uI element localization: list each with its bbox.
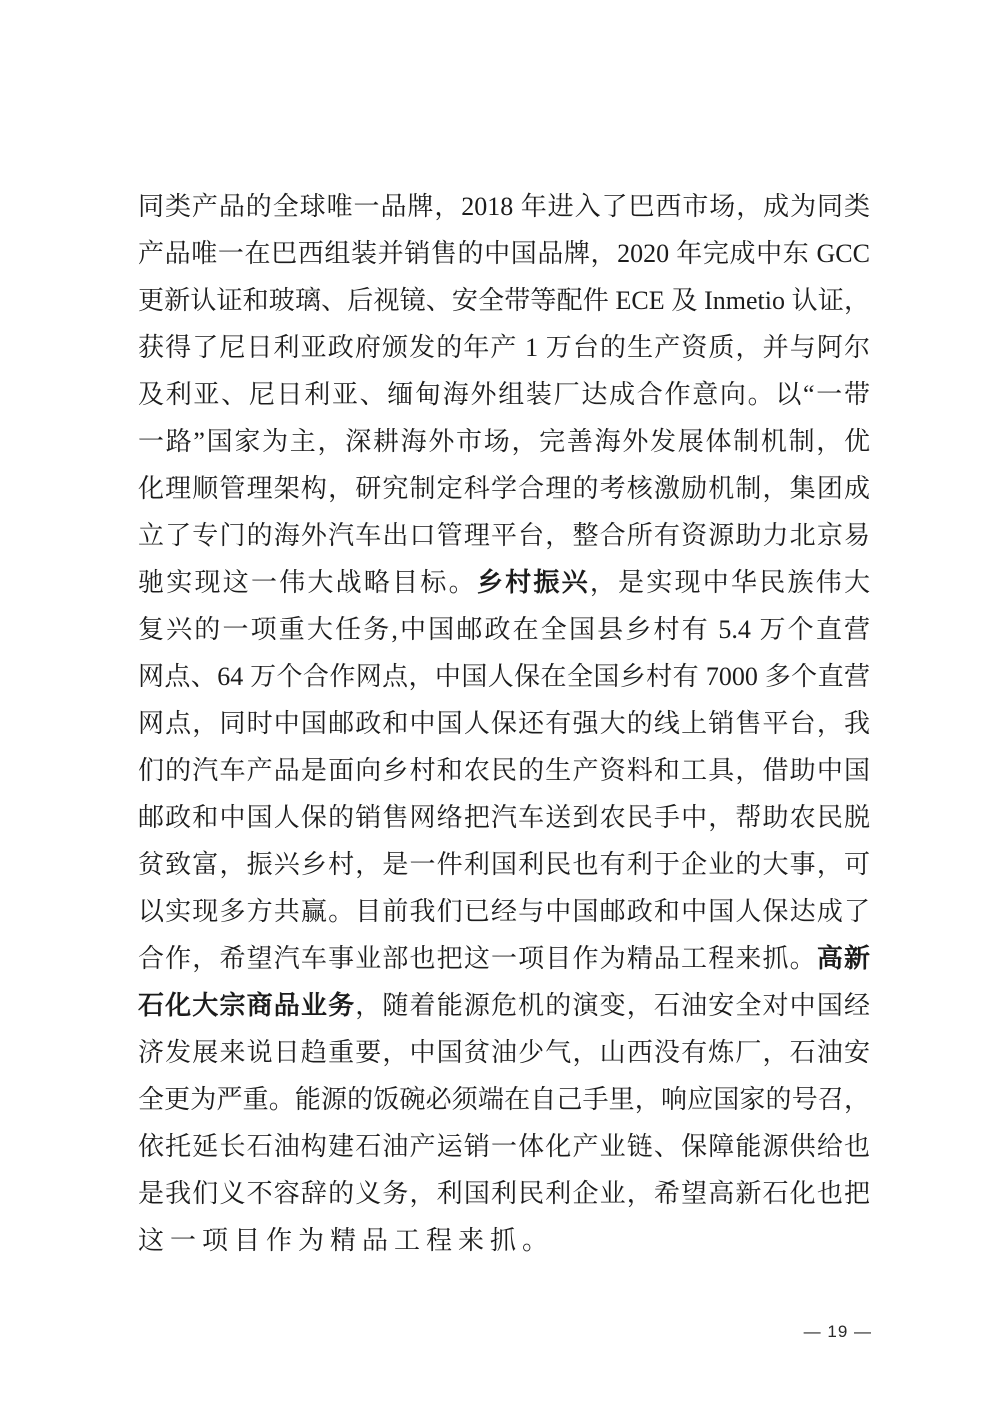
text-segment: 化理顺管理架构，研究制定科学合理的考核激励机制，集团成 [138, 474, 870, 503]
text-segment: 济发展来说日趋重要，中国贫油少气，山西没有炼厂，石油安 [138, 1038, 870, 1067]
text-segment: 依托延长石油构建石油产运销一体化产业链、保障能源供给也 [138, 1132, 870, 1161]
text-line: 复兴的一项重大任务,中国邮政在全国县乡村有 5.4 万个直营 [138, 606, 870, 653]
text-line: 济发展来说日趋重要，中国贫油少气，山西没有炼厂，石油安 [138, 1029, 870, 1076]
text-line: 一路”国家为主，深耕海外市场，完善海外发展体制机制，优 [138, 418, 870, 465]
text-segment: 合作，希望汽车事业部也把这一项目作为精品工程来抓。 [138, 944, 817, 973]
text-line: 这一项目作为精品工程来抓。 [138, 1217, 870, 1264]
text-line: 全更为严重。能源的饭碗必须端在自己手里，响应国家的号召， [138, 1076, 870, 1123]
text-segment: 驰实现这一伟大战略目标。 [138, 568, 477, 597]
text-segment: ，随着能源危机的演变，石油安全对中国经 [355, 991, 870, 1020]
text-line: 产品唯一在巴西组装并销售的中国品牌，2020 年完成中东 GCC [138, 230, 870, 277]
text-segment: 复兴的一项重大任务,中国邮政在全国县乡村有 5.4 万个直营 [138, 615, 870, 644]
bold-keyword: 乡村振兴 [477, 568, 590, 597]
text-segment: 是我们义不容辞的义务，利国利民利企业，希望高新石化也把 [138, 1179, 870, 1208]
text-segment: 获得了尼日利亚政府颁发的年产 1 万台的生产资质，并与阿尔 [138, 333, 870, 362]
text-segment: 以实现多方共赢。目前我们已经与中国邮政和中国人保达成了 [138, 897, 870, 926]
text-block: 同类产品的全球唯一品牌，2018 年进入了巴西市场，成为同类产品唯一在巴西组装并… [138, 183, 870, 1264]
text-segment: 这一项目作为精品工程来抓。 [138, 1226, 554, 1255]
text-line: 依托延长石油构建石油产运销一体化产业链、保障能源供给也 [138, 1123, 870, 1170]
page-number: — 19 — [804, 1322, 872, 1342]
text-line: 石化大宗商品业务，随着能源危机的演变，石油安全对中国经 [138, 982, 870, 1029]
text-line: 获得了尼日利亚政府颁发的年产 1 万台的生产资质，并与阿尔 [138, 324, 870, 371]
text-line: 及利亚、尼日利亚、缅甸海外组装厂达成合作意向。以“一带 [138, 371, 870, 418]
text-segment: 及利亚、尼日利亚、缅甸海外组装厂达成合作意向。以“一带 [138, 380, 870, 409]
text-line: 更新认证和玻璃、后视镜、安全带等配件 ECE 及 Inmetio 认证， [138, 277, 870, 324]
text-line: 网点，同时中国邮政和中国人保还有强大的线上销售平台，我 [138, 700, 870, 747]
text-segment: 网点、64 万个合作网点，中国人保在全国乡村有 7000 多个直营 [138, 662, 870, 691]
text-segment: 立了专门的海外汽车出口管理平台，整合所有资源助力北京易 [138, 521, 870, 550]
text-segment: 网点，同时中国邮政和中国人保还有强大的线上销售平台，我 [138, 709, 870, 738]
text-line: 立了专门的海外汽车出口管理平台，整合所有资源助力北京易 [138, 512, 870, 559]
text-segment: 一路”国家为主，深耕海外市场，完善海外发展体制机制，优 [138, 427, 870, 456]
text-line: 合作，希望汽车事业部也把这一项目作为精品工程来抓。高新 [138, 935, 870, 982]
text-line: 是我们义不容辞的义务，利国利民利企业，希望高新石化也把 [138, 1170, 870, 1217]
text-line: 同类产品的全球唯一品牌，2018 年进入了巴西市场，成为同类 [138, 183, 870, 230]
text-segment: 产品唯一在巴西组装并销售的中国品牌，2020 年完成中东 GCC [138, 239, 870, 268]
text-line: 们的汽车产品是面向乡村和农民的生产资料和工具，借助中国 [138, 747, 870, 794]
text-line: 邮政和中国人保的销售网络把汽车送到农民手中，帮助农民脱 [138, 794, 870, 841]
text-line: 网点、64 万个合作网点，中国人保在全国乡村有 7000 多个直营 [138, 653, 870, 700]
text-segment: 邮政和中国人保的销售网络把汽车送到农民手中，帮助农民脱 [138, 803, 870, 832]
text-line: 贫致富，振兴乡村，是一件利国利民也有利于企业的大事，可 [138, 841, 870, 888]
text-segment: 贫致富，振兴乡村，是一件利国利民也有利于企业的大事，可 [138, 850, 870, 879]
text-segment: 更新认证和玻璃、后视镜、安全带等配件 ECE 及 Inmetio 认证， [138, 286, 870, 315]
text-segment: ，是实现中华民族伟大 [590, 568, 870, 597]
text-segment: 同类产品的全球唯一品牌，2018 年进入了巴西市场，成为同类 [138, 192, 870, 221]
text-segment: 全更为严重。能源的饭碗必须端在自己手里，响应国家的号召， [138, 1085, 870, 1114]
bold-keyword: 石化大宗商品业务 [138, 991, 355, 1020]
text-line: 驰实现这一伟大战略目标。乡村振兴，是实现中华民族伟大 [138, 559, 870, 606]
document-page: 同类产品的全球唯一品牌，2018 年进入了巴西市场，成为同类产品唯一在巴西组装并… [0, 0, 1000, 1414]
bold-keyword: 高新 [817, 944, 870, 973]
text-segment: 们的汽车产品是面向乡村和农民的生产资料和工具，借助中国 [138, 756, 870, 785]
text-line: 化理顺管理架构，研究制定科学合理的考核激励机制，集团成 [138, 465, 870, 512]
text-line: 以实现多方共赢。目前我们已经与中国邮政和中国人保达成了 [138, 888, 870, 935]
